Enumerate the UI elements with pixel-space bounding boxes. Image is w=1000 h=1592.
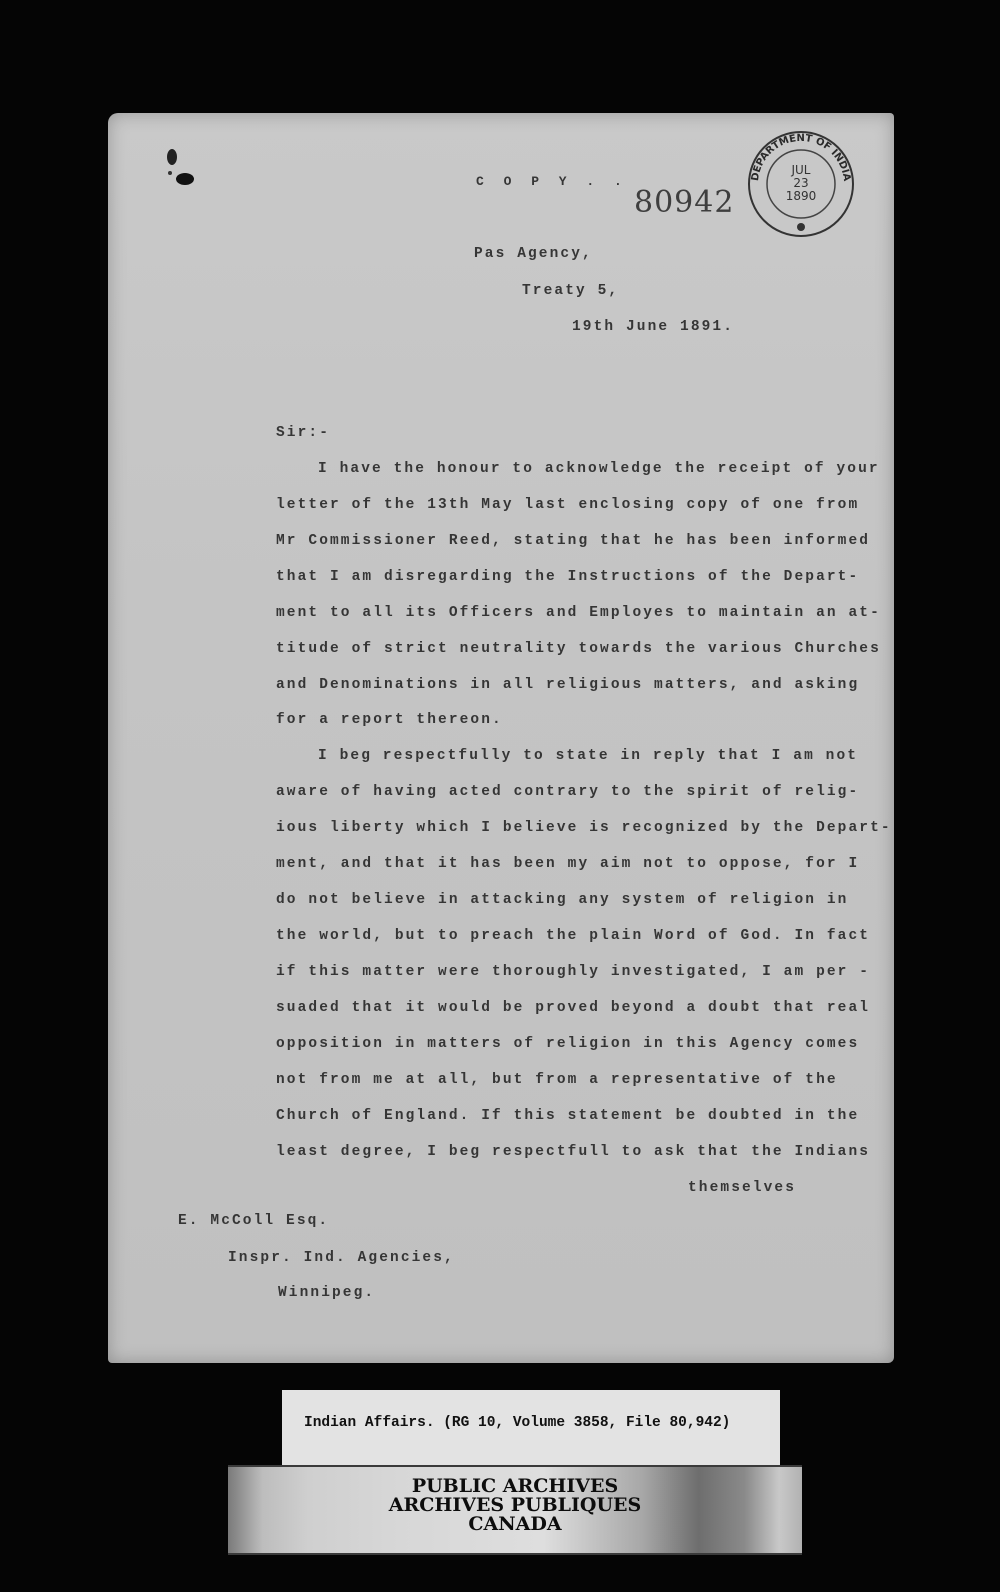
body-line: not from me at all, but from a represent…: [276, 1072, 838, 1088]
body-line: titude of strict neutrality towards the …: [276, 641, 881, 657]
body-line: ious liberty which I believe is recogniz…: [276, 820, 892, 836]
address-agency: Pas Agency,: [474, 246, 593, 262]
body-line: that I am disregarding the Instructions …: [276, 569, 859, 585]
copy-mark: C O P Y . .: [476, 174, 628, 189]
body-line: Mr Commissioner Reed, stating that he ha…: [276, 533, 870, 549]
body-line: ment, and that it has been my aim not to…: [276, 856, 859, 872]
archive-ribbon: PUBLIC ARCHIVES ARCHIVES PUBLIQUES CANAD…: [228, 1465, 802, 1555]
department-date-stamp-icon: DEPARTMENT OF INDIAN AFFAIRS JUL 23 1890: [746, 129, 856, 239]
body-line: I have the honour to acknowledge the rec…: [318, 461, 880, 477]
address-date: 19th June 1891.: [572, 319, 734, 335]
recipient-name: E. McColl Esq.: [178, 1213, 329, 1229]
body-line: least degree, I beg respectfull to ask t…: [276, 1144, 870, 1160]
svg-text:1890: 1890: [786, 189, 817, 203]
body-line: the world, but to preach the plain Word …: [276, 928, 870, 944]
file-number: 80942: [634, 185, 734, 220]
body-line: ment to all its Officers and Employes to…: [276, 605, 881, 621]
svg-text:23: 23: [793, 176, 808, 190]
letter-page: C O P Y . . 80942 DEPARTMENT OF INDIAN A…: [108, 113, 894, 1363]
body-line: suaded that it would be proved beyond a …: [276, 1000, 870, 1016]
body-line: letter of the 13th May last enclosing co…: [276, 497, 859, 513]
address-treaty: Treaty 5,: [522, 283, 619, 299]
body-line: and Denominations in all religious matte…: [276, 677, 859, 693]
body-line: if this matter were thoroughly investiga…: [276, 964, 870, 980]
catchword: themselves: [688, 1180, 796, 1196]
body-line: opposition in matters of religion in thi…: [276, 1036, 859, 1052]
svg-text:JUL: JUL: [790, 163, 810, 177]
recipient-city: Winnipeg.: [278, 1285, 375, 1301]
archive-reference: Indian Affairs. (RG 10, Volume 3858, Fil…: [304, 1415, 730, 1431]
body-line: for a report thereon.: [276, 712, 503, 728]
ink-marks-icon: [158, 145, 198, 195]
body-line: aware of having acted contrary to the sp…: [276, 784, 859, 800]
salutation: Sir:-: [276, 425, 330, 441]
ribbon-line-country: CANADA: [228, 1515, 802, 1534]
body-line: Church of England. If this statement be …: [276, 1108, 859, 1124]
recipient-title: Inspr. Ind. Agencies,: [228, 1250, 455, 1266]
body-line: do not believe in attacking any system o…: [276, 892, 848, 908]
body-line: I beg respectfully to state in reply tha…: [318, 748, 858, 764]
